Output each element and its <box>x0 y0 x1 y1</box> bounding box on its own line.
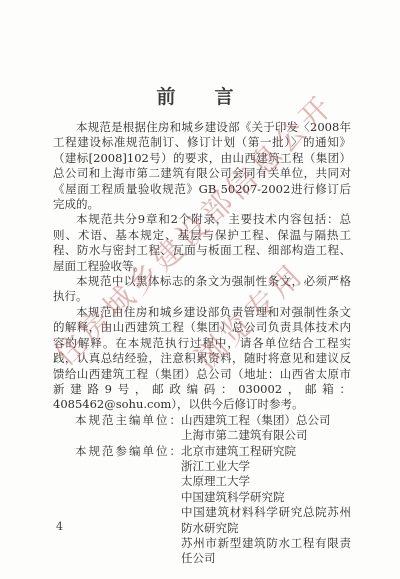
org-item: 太原理工大学 <box>181 474 351 489</box>
paragraph-mandatory-clauses: 本规范中以黑体标志的条文为强制性条文，必须严格执行。 <box>53 274 351 305</box>
chief-editor-section: 本规范主编单位： 山西建筑工程（集团）总公司 上海市第二建筑有限公司 <box>53 413 351 444</box>
page-number: 4 <box>56 520 63 533</box>
chief-editor-orgs: 山西建筑工程（集团）总公司 上海市第二建筑有限公司 <box>181 413 351 444</box>
participating-editor-label: 本规范参编单位： <box>75 444 181 459</box>
org-item: 苏州市新型建筑防水工程有限责任公司 <box>181 536 351 567</box>
org-item: 中国建筑科学研究院 <box>181 490 351 505</box>
document-page: 住房城乡建设部信息公开 浏览专用 前 言 本规范是根据住房和城乡建设部《关于印发… <box>0 0 400 579</box>
foreword-title: 前 言 <box>0 82 400 109</box>
org-item: 上海市第二建筑有限公司 <box>181 428 351 443</box>
org-item: 北京市建筑工程研究院 <box>181 444 351 459</box>
participating-editor-section: 本规范参编单位： 北京市建筑工程研究院 浙江工业大学 太原理工大学 中国建筑科学… <box>53 444 351 567</box>
org-item: 浙江工业大学 <box>181 459 351 474</box>
paragraph-administration: 本规范由住房和城乡建设部负责管理和对强制性条文的解释，由山西建筑工程（集团）总公… <box>53 305 351 413</box>
paragraph-basis: 本规范是根据住房和城乡建设部《关于印发〈2008年工程建设标准规范制订、修订计划… <box>53 120 351 212</box>
org-item: 中国建筑材料科学研究总院苏州防水研究院 <box>181 505 351 536</box>
org-item: 山西建筑工程（集团）总公司 <box>181 413 351 428</box>
foreword-body: 本规范是根据住房和城乡建设部《关于印发〈2008年工程建设标准规范制订、修订计划… <box>53 120 351 567</box>
paragraph-contents: 本规范共分9章和2个附录，主要技术内容包括：总则、术语、基本规定、基层与保护工程… <box>53 212 351 274</box>
chief-editor-label: 本规范主编单位： <box>75 413 181 428</box>
participating-editor-orgs: 北京市建筑工程研究院 浙江工业大学 太原理工大学 中国建筑科学研究院 中国建筑材… <box>181 444 351 567</box>
